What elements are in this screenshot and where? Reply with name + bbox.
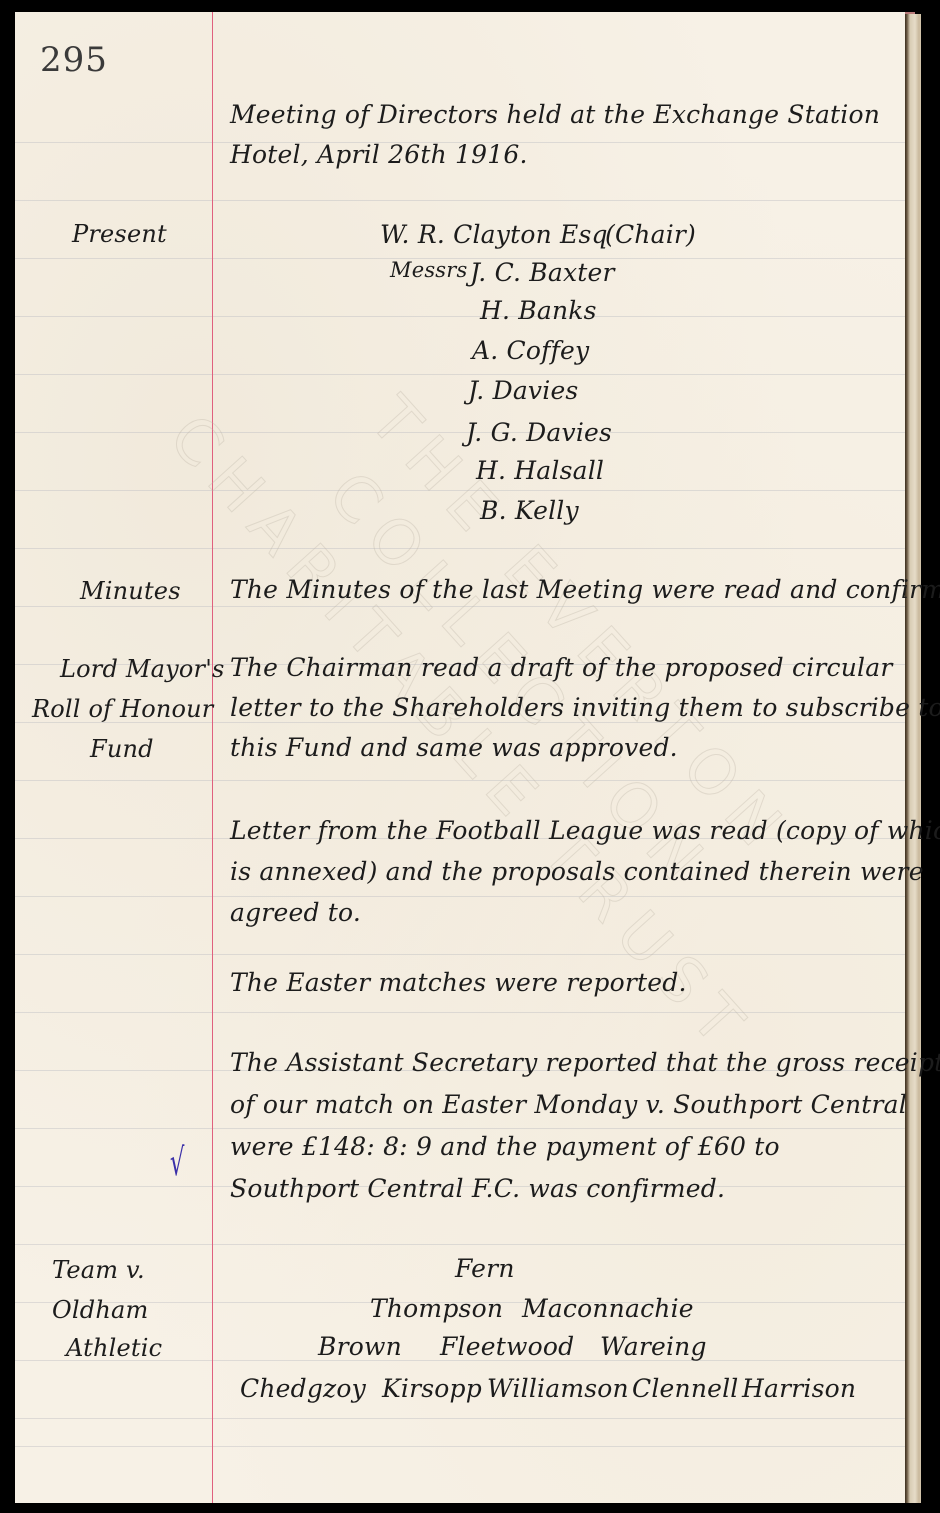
member-name: A. Coffey: [472, 336, 589, 365]
ruled-line: [15, 606, 908, 607]
league-text-line: Letter from the Football League was read…: [230, 816, 940, 845]
team-label-line-3: Athletic: [66, 1334, 162, 1362]
halfback-name: Wareing: [600, 1332, 707, 1361]
member-name: H. Halsall: [476, 456, 604, 485]
messrs-prefix: Messrs: [390, 258, 468, 282]
meeting-heading-line-2: Hotel, April 26th 1916.: [230, 140, 528, 169]
ruled-line: [15, 200, 908, 201]
ruled-line: [15, 316, 908, 317]
fund-text-line: letter to the Shareholders inviting them…: [230, 693, 940, 722]
fund-label-line-2: Roll of Honour: [32, 695, 213, 723]
receipts-text-line: were £148: 8: 9 and the payment of £60 t…: [230, 1132, 780, 1161]
margin-line: [212, 12, 213, 1503]
league-text-line: is annexed) and the proposals contained …: [230, 857, 924, 886]
forward-name: Harrison: [742, 1374, 856, 1403]
back-name: Maconnachie: [522, 1294, 694, 1323]
member-name: H. Banks: [480, 296, 597, 325]
team-label-line-2: Oldham: [52, 1296, 148, 1324]
member-name: B. Kelly: [480, 496, 579, 525]
chair-name: W. R. Clayton Esq: [380, 220, 608, 249]
easter-matches-text: The Easter matches were reported.: [230, 968, 687, 997]
forward-name: Chedgzoy: [240, 1374, 366, 1403]
check-mark-icon: √: [170, 1140, 185, 1184]
ruled-line: [15, 780, 908, 781]
ruled-line: [15, 1244, 908, 1245]
fund-label-line-3: Fund: [90, 735, 154, 763]
ruled-line: [15, 548, 908, 549]
halfback-name: Fleetwood: [440, 1332, 574, 1361]
ruled-line: [15, 490, 908, 491]
back-name: Thompson: [370, 1294, 503, 1323]
ruled-line: [15, 1446, 908, 1447]
fund-label-line-1: Lord Mayor's: [60, 655, 225, 683]
receipts-text-line: Southport Central F.C. was confirmed.: [230, 1174, 725, 1203]
meeting-heading-line-1: Meeting of Directors held at the Exchang…: [230, 100, 880, 129]
member-name: J. C. Baxter: [470, 258, 615, 287]
minutes-label: Minutes: [80, 577, 181, 605]
ruled-line: [15, 374, 908, 375]
ruled-line: [15, 1012, 908, 1013]
minutes-text: The Minutes of the last Meeting were rea…: [230, 575, 940, 604]
chair-note: (Chair): [605, 220, 696, 249]
ruled-line: [15, 954, 908, 955]
halfback-name: Brown: [318, 1332, 402, 1361]
receipts-text-line: The Assistant Secretary reported that th…: [230, 1048, 940, 1077]
ruled-line: [15, 896, 908, 897]
ruled-line: [15, 432, 908, 433]
forward-name: Clennell: [632, 1374, 739, 1403]
fund-text-line: this Fund and same was approved.: [230, 733, 678, 762]
forward-name: Kirsopp: [382, 1374, 482, 1403]
member-name: J. G. Davies: [466, 418, 612, 447]
team-label-line-1: Team v.: [52, 1256, 145, 1284]
forward-name: Williamson: [487, 1374, 629, 1403]
page-edge-strip: [905, 14, 921, 1503]
page-number: 295: [40, 40, 108, 80]
goalkeeper-name: Fern: [455, 1254, 515, 1283]
league-text-line: agreed to.: [230, 898, 361, 927]
fund-text-line: The Chairman read a draft of the propose…: [230, 653, 893, 682]
receipts-text-line: of our match on Easter Monday v. Southpo…: [230, 1090, 907, 1119]
ruled-line: [15, 1418, 908, 1419]
ruled-line: [15, 1128, 908, 1129]
member-name: J. Davies: [468, 376, 578, 405]
present-label: Present: [72, 220, 167, 248]
